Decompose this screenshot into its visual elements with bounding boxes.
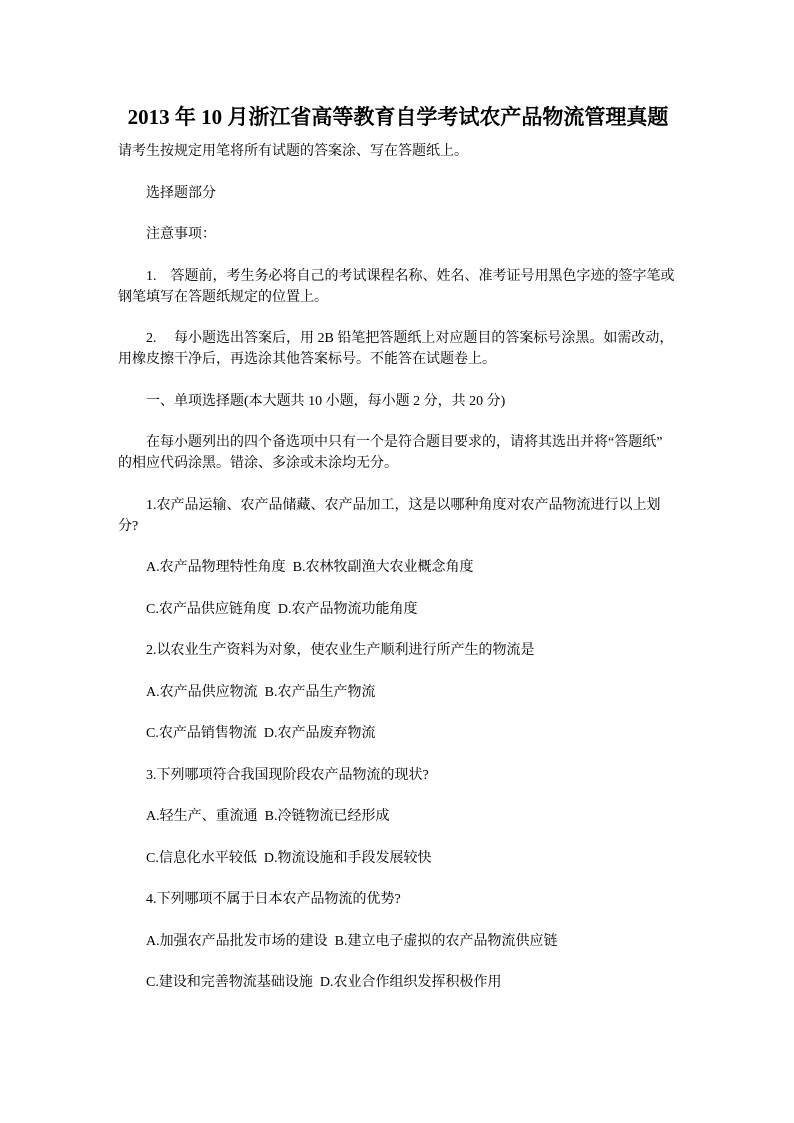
question-4-stem-line-1: 4.下列哪项不属于日本农产品物流的优势?	[118, 889, 678, 910]
question-4-stem: 4.下列哪项不属于日本农产品物流的优势?	[118, 889, 678, 910]
question-3-stem: 3.下列哪项符合我国现阶段农产品物流的现状?	[118, 765, 678, 786]
question-3-stem-line-1: 3.下列哪项符合我国现阶段农产品物流的现状?	[118, 765, 678, 786]
question-1-options-cd-text: C.农产品供应链角度 D.农产品物流功能角度	[118, 599, 678, 620]
question-4-options-cd: C.建设和完善物流基础设施 D.农业合作组织发挥积极作用	[118, 972, 678, 993]
question-3-options-cd: C.信息化水平较低 D.物流设施和手段发展较快	[118, 848, 678, 869]
section-label-text: 选择题部分	[118, 183, 678, 204]
exam-instruction-text: 请考生按规定用笔将所有试题的答案涂、写在答题纸上。	[118, 141, 678, 162]
note-item-1-line-1: 1. 答题前，考生务必将自己的考试课程名称、姓名、准考证号用黑色字迹的签字笔或	[118, 266, 678, 287]
notes-heading: 注意事项：	[118, 224, 678, 245]
note-item-1-line-2: 钢笔填写在答题纸规定的位置上。	[118, 287, 678, 308]
question-2-options-cd-text: C.农产品销售物流 D.农产品废弃物流	[118, 723, 678, 744]
question-4-options-ab-text: A.加强农产品批发市场的建设 B.建立电子虚拟的农产品物流供应链	[118, 931, 678, 952]
question-2-options-ab: A.农产品供应物流 B.农产品生产物流	[118, 682, 678, 703]
note-item-2-line-1: 2. 每小题选出答案后，用 2B 铅笔把答题纸上对应题目的答案标号涂黑。如需改动…	[118, 328, 678, 349]
question-2-stem-line-1: 2.以农业生产资料为对象，使农业生产顺利进行所产生的物流是	[118, 640, 678, 661]
question-2-options-cd: C.农产品销售物流 D.农产品废弃物流	[118, 723, 678, 744]
question-1-stem: 1.农产品运输、农产品储藏、农产品加工，这是以哪种角度对农产品物流进行以上划 分…	[118, 495, 678, 537]
page-title: 2013 年 10 月浙江省高等教育自学考试农产品物流管理真题	[118, 104, 678, 130]
exam-instruction: 请考生按规定用笔将所有试题的答案涂、写在答题纸上。	[118, 141, 678, 162]
part-one-instruction: 在每小题列出的四个备选项中只有一个是符合题目要求的，请将其选出并将“答题纸” 的…	[118, 432, 678, 474]
part-one-instruction-line-2: 的相应代码涂黑。错涂、多涂或未涂均无分。	[118, 453, 678, 474]
question-1-options-cd: C.农产品供应链角度 D.农产品物流功能角度	[118, 599, 678, 620]
part-one-instruction-line-1: 在每小题列出的四个备选项中只有一个是符合题目要求的，请将其选出并将“答题纸”	[118, 432, 678, 453]
note-item-1: 1. 答题前，考生务必将自己的考试课程名称、姓名、准考证号用黑色字迹的签字笔或 …	[118, 266, 678, 308]
note-item-2: 2. 每小题选出答案后，用 2B 铅笔把答题纸上对应题目的答案标号涂黑。如需改动…	[118, 328, 678, 370]
note-item-2-line-2: 用橡皮擦干净后，再选涂其他答案标号。不能答在试题卷上。	[118, 349, 678, 370]
question-2-options-ab-text: A.农产品供应物流 B.农产品生产物流	[118, 682, 678, 703]
question-4-options-ab: A.加强农产品批发市场的建设 B.建立电子虚拟的农产品物流供应链	[118, 931, 678, 952]
question-2-stem: 2.以农业生产资料为对象，使农业生产顺利进行所产生的物流是	[118, 640, 678, 661]
question-3-options-ab: A.轻生产、重流通 B.冷链物流已经形成	[118, 806, 678, 827]
exam-paper: 2013 年 10 月浙江省高等教育自学考试农产品物流管理真题 请考生按规定用笔…	[118, 104, 678, 1014]
question-3-options-ab-text: A.轻生产、重流通 B.冷链物流已经形成	[118, 806, 678, 827]
question-1-options-ab: A.农产品物理特性角度 B.农林牧副渔大农业概念角度	[118, 557, 678, 578]
question-1-stem-line-1: 1.农产品运输、农产品储藏、农产品加工，这是以哪种角度对农产品物流进行以上划	[118, 495, 678, 516]
question-1-options-ab-text: A.农产品物理特性角度 B.农林牧副渔大农业概念角度	[118, 557, 678, 578]
question-3-options-cd-text: C.信息化水平较低 D.物流设施和手段发展较快	[118, 848, 678, 869]
part-one-heading-text: 一、单项选择题(本大题共 10 小题，每小题 2 分，共 20 分)	[118, 391, 678, 412]
question-4-options-cd-text: C.建设和完善物流基础设施 D.农业合作组织发挥积极作用	[118, 972, 678, 993]
part-one-heading: 一、单项选择题(本大题共 10 小题，每小题 2 分，共 20 分)	[118, 391, 678, 412]
notes-heading-text: 注意事项：	[118, 224, 678, 245]
question-1-stem-line-2: 分?	[118, 516, 678, 537]
section-label: 选择题部分	[118, 183, 678, 204]
